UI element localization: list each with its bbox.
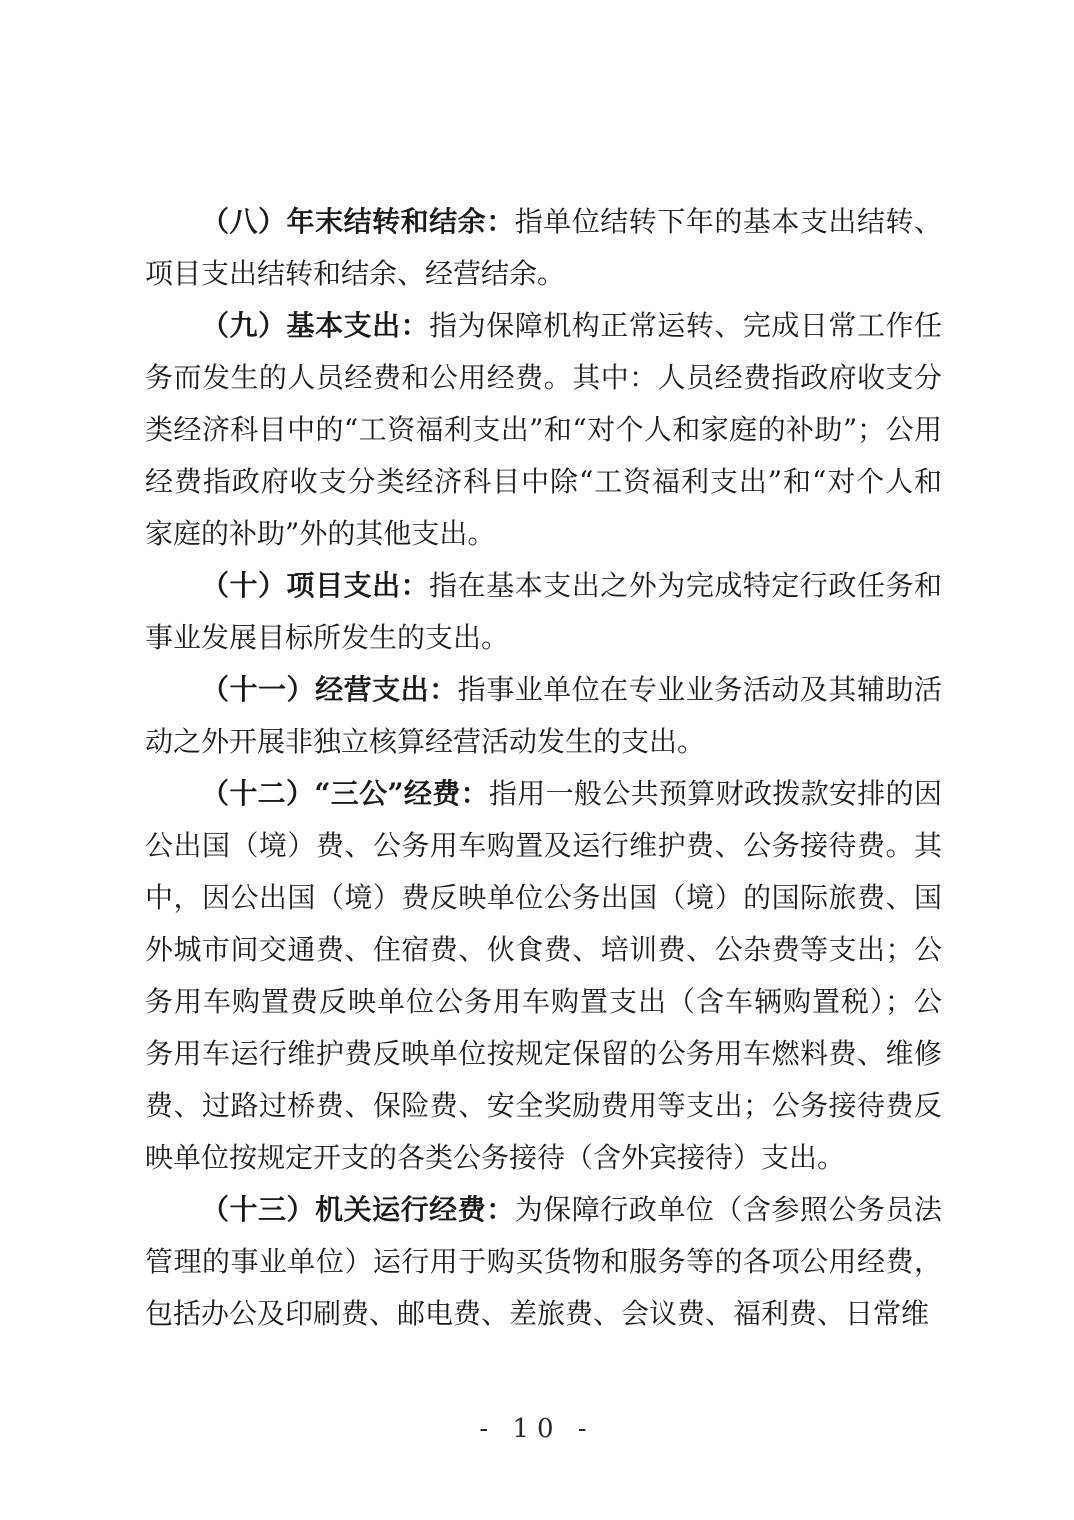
paragraph-lead: （十二）“三公”经费：: [201, 777, 489, 810]
paragraph-lead: （十）项目支出：: [201, 569, 429, 602]
paragraph-item-8: （八）年末结转和结余：指单位结转下年的基本支出结转、项目支出结转和结余、经营结余…: [145, 196, 942, 300]
paragraph-body: 指用一般公共预算财政拨款安排的因公出国（境）费、公务用车购置及运行维护费、公务接…: [145, 777, 942, 1174]
document-page: （八）年末结转和结余：指单位结转下年的基本支出结转、项目支出结转和结余、经营结余…: [0, 0, 1074, 1520]
paragraph-item-10: （十）项目支出：指在基本支出之外为完成特定行政任务和事业发展目标所发生的支出。: [145, 560, 942, 664]
page-number: - 10 -: [0, 1414, 1074, 1444]
paragraph-item-12: （十二）“三公”经费：指用一般公共预算财政拨款安排的因公出国（境）费、公务用车购…: [145, 768, 942, 1184]
paragraph-lead: （十一）经营支出：: [201, 673, 458, 706]
paragraph-item-11: （十一）经营支出：指事业单位在专业业务活动及其辅助活动之外开展非独立核算经营活动…: [145, 664, 942, 768]
document-body: （八）年末结转和结余：指单位结转下年的基本支出结转、项目支出结转和结余、经营结余…: [145, 196, 942, 1340]
paragraph-lead: （九）基本支出：: [201, 309, 429, 342]
paragraph-item-13: （十三）机关运行经费：为保障行政单位（含参照公务员法管理的事业单位）运行用于购买…: [145, 1184, 942, 1340]
paragraph-lead: （十三）机关运行经费：: [201, 1193, 515, 1226]
paragraph-item-9: （九）基本支出：指为保障机构正常运转、完成日常工作任务而发生的人员经费和公用经费…: [145, 300, 942, 560]
paragraph-lead: （八）年末结转和结余：: [201, 205, 515, 238]
paragraph-body: 指为保障机构正常运转、完成日常工作任务而发生的人员经费和公用经费。其中：人员经费…: [145, 309, 942, 550]
